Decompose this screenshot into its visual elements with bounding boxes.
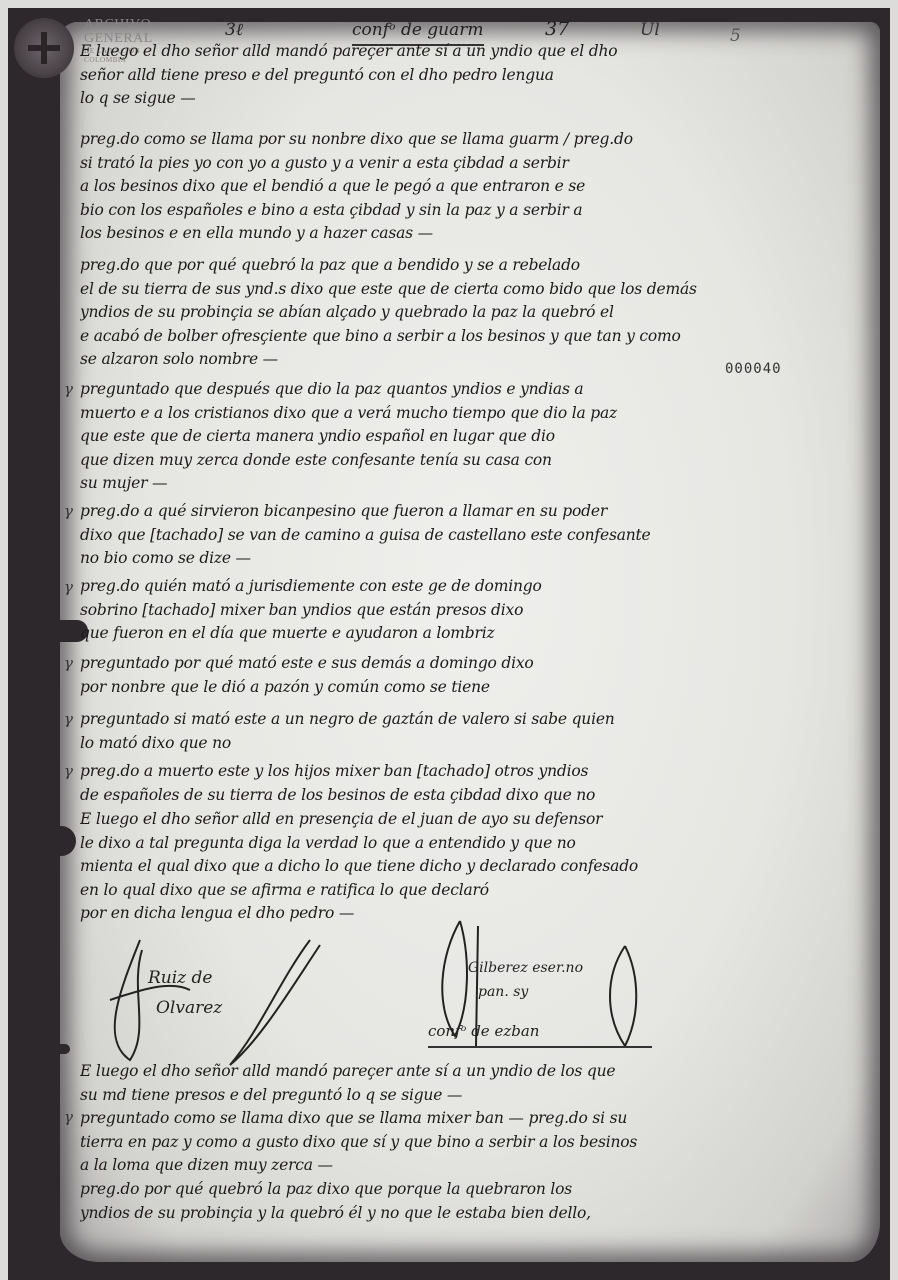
text-line: dixo que [tachado] se van de camino a gu… xyxy=(80,524,880,548)
text-line: preguntado por qué mató este e sus demás… xyxy=(80,652,880,676)
page-edge-tab xyxy=(8,826,76,856)
signature-caption: confᵒ de ezban xyxy=(428,1022,652,1048)
text-line: de españoles de su tierra de los besinos… xyxy=(80,784,880,808)
text-line: su md tiene presos e del preguntó lo q s… xyxy=(80,1084,880,1108)
text-line: tierra en paz y como a gusto dixo que sí… xyxy=(80,1131,880,1155)
text-line: su mujer — xyxy=(80,472,880,496)
paragraph: preguntado que después que dio la paz qu… xyxy=(80,378,880,496)
text-line: a la loma que dizen muy zerca — xyxy=(80,1154,880,1178)
paragraph: E luego el dho señor alld mandó pareçer … xyxy=(80,40,880,111)
paragraph: preg.do a muerto este y los hijos mixer … xyxy=(80,760,880,807)
signature-center-line1: Gilberez eser.no xyxy=(468,960,583,976)
text-line: preg.do por qué quebró la paz dixo que p… xyxy=(80,1178,880,1202)
page-edge-tab xyxy=(8,1044,70,1054)
folio-number: 37 xyxy=(545,18,569,40)
margin-mark: γ xyxy=(64,710,73,728)
text-line: lo mató dixo que no xyxy=(80,732,880,756)
paragraph: preg.do como se llama por su nonbre dixo… xyxy=(80,128,880,246)
archive-stamp-line: ARCHIVO xyxy=(84,18,153,32)
paragraph: E luego el dho señor alld mandó pareçer … xyxy=(80,1060,880,1225)
text-line: preg.do a qué sirvieron bicanpesino que … xyxy=(80,500,880,524)
text-line: que dizen muy zerca donde este confesant… xyxy=(80,449,880,473)
page-edge-tab xyxy=(8,620,88,642)
text-line: señor alld tiene preso e del preguntó co… xyxy=(80,64,880,88)
text-line: a los besinos dixo que el bendió a que l… xyxy=(80,175,880,199)
paragraph: E luego el dho señor alld en presençia d… xyxy=(80,808,880,926)
text-line: preguntado como se llama dixo que se lla… xyxy=(80,1107,880,1131)
text-line: sobrino [tachado] mixer ban yndios que e… xyxy=(80,599,880,623)
margin-mark: γ xyxy=(64,578,73,596)
paragraph: preg.do que por qué quebró la paz que a … xyxy=(80,254,880,372)
archive-seal-icon xyxy=(14,18,74,78)
text-line: preguntado que después que dio la paz qu… xyxy=(80,378,880,402)
text-line: que este que de cierta manera yndio espa… xyxy=(80,425,880,449)
text-line: le dixo a tal pregunta diga la verdad lo… xyxy=(80,832,880,856)
text-line: si trató la pies yo con yo a gusto y a v… xyxy=(80,152,880,176)
text-line: preg.do como se llama por su nonbre dixo… xyxy=(80,128,880,152)
margin-mark: γ xyxy=(64,1108,73,1126)
paragraph: preguntado por qué mató este e sus demás… xyxy=(80,652,880,699)
page-edge-tab xyxy=(8,712,58,746)
text-line: preg.do que por qué quebró la paz que a … xyxy=(80,254,880,278)
paragraph: preg.do quién mató a jurisdiemente con e… xyxy=(80,575,880,646)
text-line: yndios de su probinçia se abían alçado y… xyxy=(80,301,880,325)
text-line: lo q se sigue — xyxy=(80,87,880,111)
paragraph: preguntado si mató este a un negro de ga… xyxy=(80,708,880,755)
text-line: preg.do quién mató a jurisdiemente con e… xyxy=(80,575,880,599)
text-line: preg.do a muerto este y los hijos mixer … xyxy=(80,760,880,784)
text-line: mienta el qual dixo que a dicho lo que t… xyxy=(80,855,880,879)
text-line: no bio como se dize — xyxy=(80,547,880,571)
paragraph: preg.do a qué sirvieron bicanpesino que … xyxy=(80,500,880,571)
text-line: E luego el dho señor alld mandó pareçer … xyxy=(80,40,880,64)
text-line: que fueron en el día que muerte e ayudar… xyxy=(80,622,880,646)
text-line: preguntado si mató este a un negro de ga… xyxy=(80,708,880,732)
text-line: bio con los españoles e bino a esta çibd… xyxy=(80,199,880,223)
header-left-mark: 3ℓ xyxy=(225,20,243,40)
signature-flourish-left xyxy=(80,930,380,1070)
text-line: E luego el dho señor alld mandó pareçer … xyxy=(80,1060,880,1084)
text-line: E luego el dho señor alld en presençia d… xyxy=(80,808,880,832)
text-line: e acabó de bolber ofresçiente que bino a… xyxy=(80,325,880,349)
text-line: por nonbre que le dió a pazón y común co… xyxy=(80,676,880,700)
margin-mark: γ xyxy=(64,502,73,520)
signature-left-line1: Ruiz de xyxy=(148,968,213,988)
archive-folio-stamp: 000040 xyxy=(725,361,782,377)
text-line: los besinos e en ella mundo y a hazer ca… xyxy=(80,222,880,246)
text-line: en lo qual dixo que se afirma e ratifica… xyxy=(80,879,880,903)
header-right-mark: Ul xyxy=(640,20,660,40)
text-line: yndios de su probinçia y la quebró él y … xyxy=(80,1202,880,1226)
signature-center-line2: pan. sy xyxy=(478,984,528,1000)
signature-left-line2: Olvarez xyxy=(156,998,222,1018)
text-line: muerto e a los cristianos dixo que a ver… xyxy=(80,402,880,426)
margin-mark: γ xyxy=(64,380,73,398)
margin-mark: γ xyxy=(64,762,73,780)
margin-mark: γ xyxy=(64,654,73,672)
text-line: el de su tierra de sus ynd.s dixo que es… xyxy=(80,278,880,302)
